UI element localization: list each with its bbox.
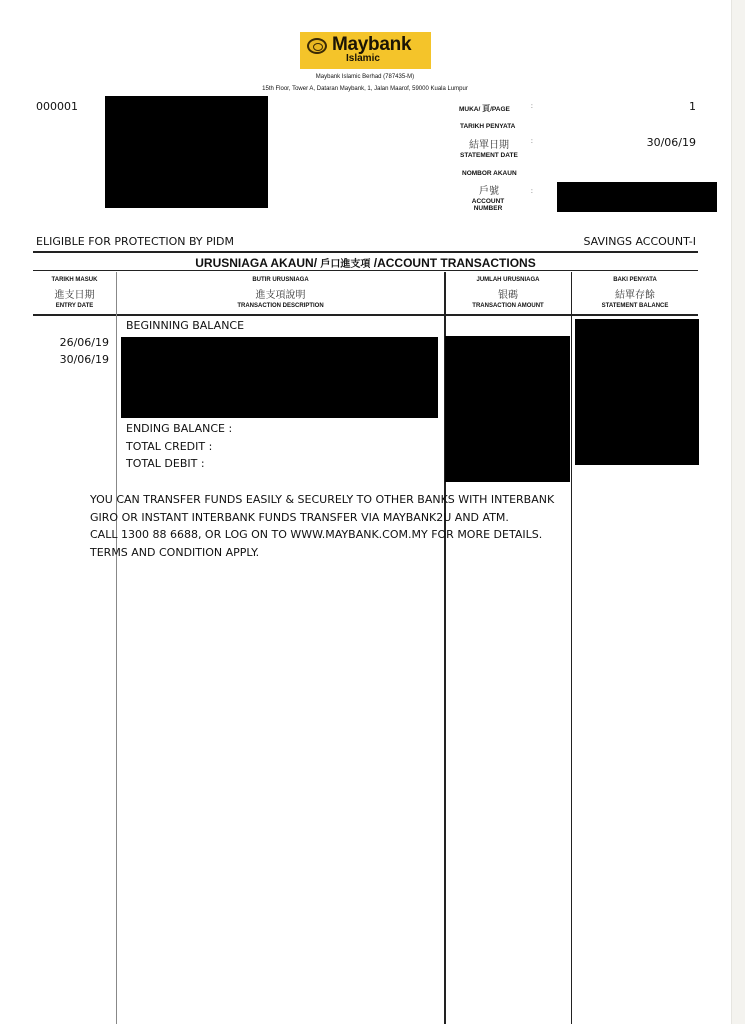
date-colon: : [531, 138, 533, 145]
col-header-zh: 進支日期 [33, 286, 116, 301]
notice-line: GIRO OR INSTANT INTERBANK FUNDS TRANSFER… [90, 509, 554, 527]
col-header-en: TRANSACTION AMOUNT [445, 303, 571, 309]
statement-date-value: 30/06/19 [600, 136, 696, 149]
table-title-en: /ACCOUNT TRANSACTIONS [374, 256, 536, 270]
total-debit-label: TOTAL DEBIT : [126, 457, 205, 470]
col-header-zh: 進支項說明 [117, 286, 444, 301]
account-colon: : [531, 188, 533, 195]
account-label-en: ACCOUNT NUMBER [460, 198, 516, 212]
page-label-ms: MUKA/ [459, 106, 480, 113]
statement-page: Maybank Islamic Maybank Islamic Berhad (… [0, 0, 732, 1024]
col-header-entry-date: TARIKH MASUK 進支日期 ENTRY DATE [33, 277, 116, 309]
ending-balance-label: ENDING BALANCE : [126, 422, 232, 435]
account-label-en2: NUMBER [460, 205, 516, 212]
page-label: MUKA/ 頁/PAGE [459, 103, 510, 114]
col-header-amount: JUMLAH URUSNIAGA 银碼 TRANSACTION AMOUNT [445, 277, 571, 309]
col-header-en: STATEMENT BALANCE [572, 303, 698, 309]
page-value: 1 [620, 100, 696, 113]
entry-date-2: 30/06/19 [40, 353, 109, 366]
notice-line: YOU CAN TRANSFER FUNDS EASILY & SECURELY… [90, 491, 554, 509]
redacted-amounts [445, 336, 570, 482]
account-label-zh: 戶號 [479, 182, 499, 197]
col-header-description: BUTIR URUSNIAGA 進支項說明 TRANSACTION DESCRI… [117, 277, 444, 309]
entry-date-1: 26/06/19 [40, 336, 109, 349]
pidm-notice: ELIGIBLE FOR PROTECTION BY PIDM [36, 235, 234, 248]
redacted-address [105, 96, 268, 208]
table-title-zh: 戶口進支項 [320, 259, 370, 270]
table-title: URUSNIAGA AKAUN/ 戶口進支項 /ACCOUNT TRANSACT… [33, 255, 698, 270]
col-header-balance: BAKI PENYATA 結單存餘 STATEMENT BALANCE [572, 277, 698, 309]
redacted-balances [575, 319, 699, 465]
beginning-balance-label: BEGINNING BALANCE [126, 319, 244, 332]
col-header-ms: BAKI PENYATA [572, 277, 698, 283]
notice-line: TERMS AND CONDITION APPLY. [90, 544, 554, 562]
date-label-en: STATEMENT DATE [460, 152, 518, 159]
col-header-zh: 银碼 [445, 286, 571, 301]
date-label-zh: 結單日期 [469, 136, 509, 151]
maybank-logo: Maybank Islamic [300, 32, 431, 69]
col-header-ms: BUTIR URUSNIAGA [117, 277, 444, 283]
divider-header [33, 314, 698, 316]
page-colon: : [531, 103, 533, 110]
col-line-1 [116, 272, 117, 1024]
col-header-en: TRANSACTION DESCRIPTION [117, 303, 444, 309]
account-type: SAVINGS ACCOUNT-I [520, 235, 696, 248]
tiger-emblem-icon [307, 38, 327, 54]
notice-line: CALL 1300 88 6688, OR LOG ON TO WWW.MAYB… [90, 526, 554, 544]
redacted-descriptions [121, 337, 438, 418]
total-credit-label: TOTAL CREDIT : [126, 440, 212, 453]
col-header-zh: 結單存餘 [572, 286, 698, 301]
col-line-3 [571, 272, 572, 1024]
transfer-notice: YOU CAN TRANSFER FUNDS EASILY & SECURELY… [90, 491, 554, 561]
col-header-ms: JUMLAH URUSNIAGA [445, 277, 571, 283]
logo-sub: Islamic [346, 53, 380, 64]
page-label-en: /PAGE [490, 106, 510, 113]
page-label-zh: 頁 [482, 103, 490, 113]
account-label-ms: NOMBOR AKAUN [462, 170, 517, 177]
divider-top [33, 251, 698, 253]
redacted-account-number [557, 182, 717, 212]
account-label-en1: ACCOUNT [460, 198, 516, 205]
company-name: Maybank Islamic Berhad (787435-M) [200, 74, 530, 80]
col-header-ms: TARIKH MASUK [33, 277, 116, 283]
company-address: 15th Floor, Tower A, Dataran Maybank, 1,… [200, 86, 530, 92]
date-label-ms: TARIKH PENYATA [460, 123, 515, 130]
sequence-number: 000001 [36, 100, 78, 113]
divider-title [33, 270, 698, 271]
table-title-ms: URUSNIAGA AKAUN/ [195, 256, 317, 270]
col-header-en: ENTRY DATE [33, 303, 116, 309]
